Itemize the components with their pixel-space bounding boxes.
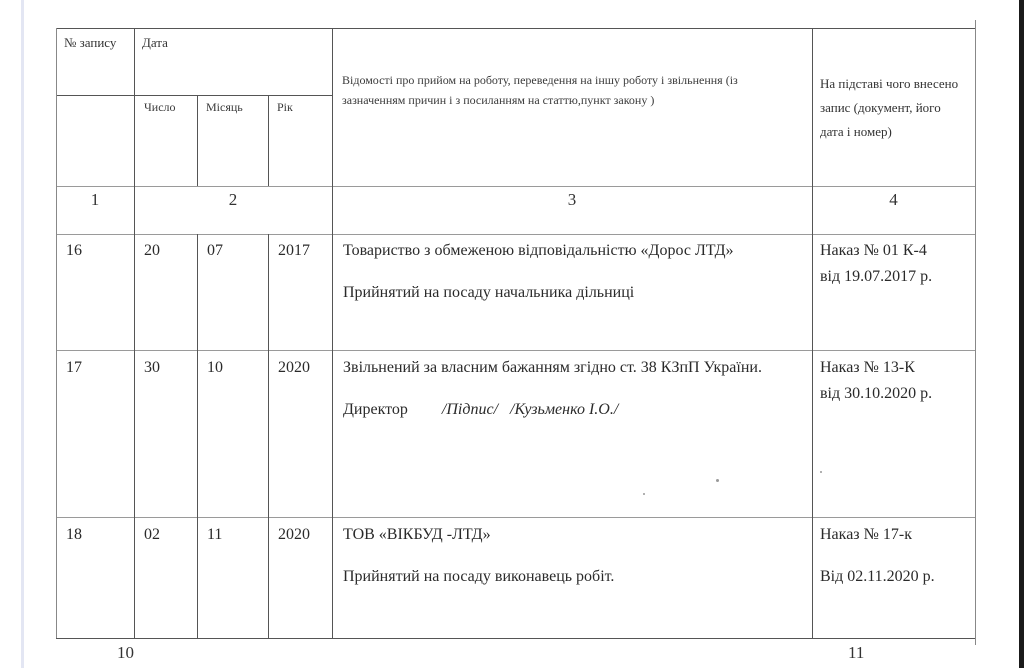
- record-details: Звільнений за власним бажанням згідно ст…: [343, 355, 803, 423]
- header-month: Місяць: [206, 97, 266, 117]
- column-number: 4: [812, 188, 975, 212]
- record-day: 20: [144, 238, 160, 264]
- employment-record-table: № запису Дата Число Місяць Рік Відомості…: [0, 0, 1024, 668]
- header-date: Дата: [142, 32, 322, 53]
- record-basis: Наказ № 17-к Від 02.11.2020 р.: [820, 522, 972, 590]
- row-divider: [56, 517, 976, 518]
- details-line: Товариство з обмеженою відповідальністю …: [343, 238, 803, 264]
- basis-line: Наказ № 17-к: [820, 522, 972, 548]
- record-no: 17: [66, 355, 82, 381]
- scan-speck: [820, 471, 822, 473]
- record-no: 18: [66, 522, 82, 548]
- column-line: [268, 95, 269, 186]
- column-number: 3: [332, 188, 812, 212]
- record-day: 02: [144, 522, 160, 548]
- record-month: 10: [207, 355, 223, 381]
- page-number-left: 10: [117, 643, 134, 663]
- details-line: Прийнятий на посаду виконавець робіт.: [343, 564, 803, 590]
- record-year: 2020: [278, 522, 310, 548]
- table-border-right: [975, 20, 976, 645]
- record-basis: Наказ № 13-К від 30.10.2020 р.: [820, 355, 972, 407]
- basis-line: від 19.07.2017 р.: [820, 264, 972, 290]
- details-line: Прийнятий на посаду начальника дільниці: [343, 280, 803, 306]
- record-details: ТОВ «ВІКБУД -ЛТД» Прийнятий на посаду ви…: [343, 522, 803, 590]
- record-year: 2020: [278, 355, 310, 381]
- basis-line: Наказ № 13-К: [820, 355, 972, 381]
- column-line: [812, 28, 813, 638]
- scan-speck: [643, 493, 645, 495]
- column-number: 2: [134, 188, 332, 212]
- scan-speck: [716, 479, 719, 482]
- table-border-top: [56, 28, 976, 29]
- basis-line: від 30.10.2020 р.: [820, 381, 972, 407]
- header-divider: [56, 95, 332, 96]
- table-border-left: [56, 28, 57, 638]
- record-details: Товариство з обмеженою відповідальністю …: [343, 238, 803, 306]
- header-details: Відомості про прийом на роботу, переведе…: [342, 70, 802, 110]
- record-month: 11: [207, 522, 222, 548]
- header-basis: На підставі чого внесено запис (документ…: [820, 72, 960, 144]
- record-basis: Наказ № 01 К-4 від 19.07.2017 р.: [820, 238, 972, 290]
- column-line: [268, 234, 269, 638]
- basis-line: Наказ № 01 К-4: [820, 238, 972, 264]
- record-day: 30: [144, 355, 160, 381]
- column-number: 1: [56, 188, 134, 212]
- header-bottom-line: [56, 186, 976, 187]
- details-line: ТОВ «ВІКБУД -ЛТД»: [343, 522, 803, 548]
- header-year: Рік: [277, 97, 327, 117]
- signature: /Підпис/: [442, 401, 498, 418]
- record-year: 2017: [278, 238, 310, 264]
- column-line: [332, 28, 333, 638]
- signer-title: Директор: [343, 401, 408, 418]
- row-divider: [56, 350, 976, 351]
- record-month: 07: [207, 238, 223, 264]
- header-day: Число: [144, 97, 194, 117]
- signature-line: Директор /Підпис/ /Кузьменко І.О./: [343, 397, 803, 423]
- numbering-row-line: [56, 234, 976, 235]
- signer-name: /Кузьменко І.О./: [510, 401, 618, 418]
- table-border-bottom: [56, 638, 976, 639]
- details-line: Звільнений за власним бажанням згідно ст…: [343, 355, 803, 381]
- record-no: 16: [66, 238, 82, 264]
- column-line: [197, 95, 198, 186]
- column-line: [197, 234, 198, 638]
- page-number-right: 11: [848, 643, 864, 663]
- header-record-no: № запису: [64, 32, 130, 53]
- basis-line: Від 02.11.2020 р.: [820, 564, 972, 590]
- column-line: [134, 28, 135, 638]
